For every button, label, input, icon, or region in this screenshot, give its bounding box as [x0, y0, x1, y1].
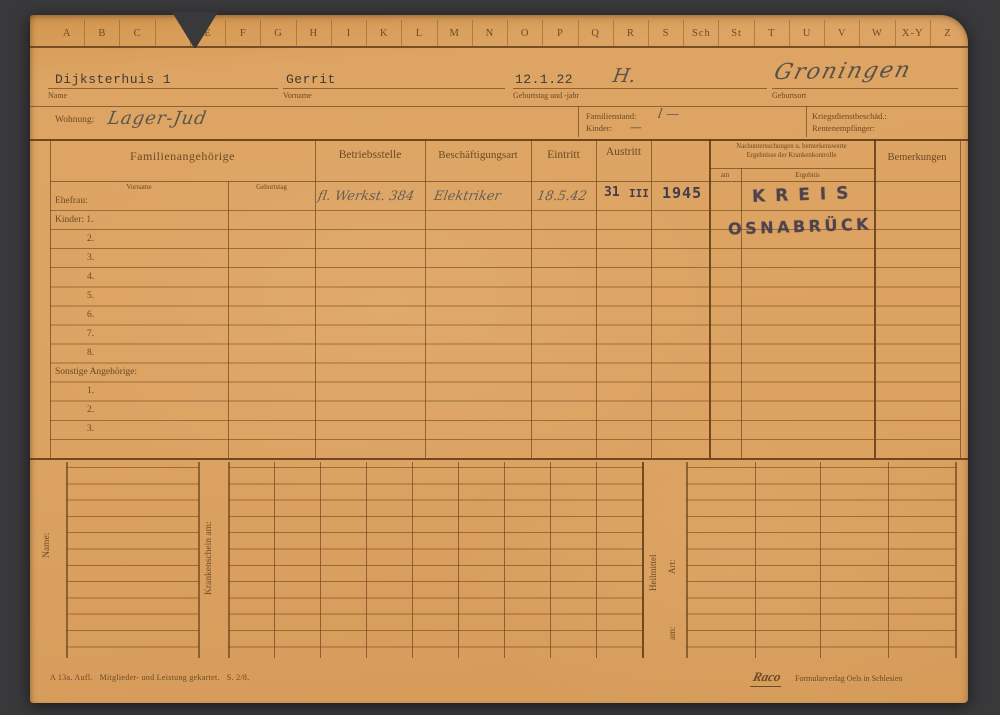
tab-letter: F	[240, 28, 247, 39]
tab-b: B	[85, 20, 120, 46]
tab-letter: W	[872, 28, 883, 39]
tab-v: V	[825, 20, 860, 46]
birthdate-value: 12.1.22	[515, 72, 573, 87]
publisher-name: Formularverlag Oels in Schlesien	[795, 674, 902, 683]
birthdate-label: Geburtstag und -jahr	[513, 91, 579, 100]
lower-name-row-rules	[66, 467, 199, 657]
row-label-sonstige-3: 3.	[87, 424, 94, 434]
tab-letter: A	[63, 28, 72, 39]
header-eintritt: Eintritt	[531, 149, 596, 161]
tab-g: G	[261, 20, 296, 46]
row-label-kinder-1: Kinder: 1.	[55, 215, 94, 225]
tab-r: R	[614, 20, 649, 46]
tab-q: Q	[579, 20, 614, 46]
kreis-stamp-line1: KREIS	[752, 183, 859, 207]
marital-box-left-rule	[578, 106, 579, 137]
checkups-subheader-rule	[709, 168, 874, 169]
name-value: Dijksterhuis 1	[55, 72, 171, 87]
tab-letter: B	[98, 28, 106, 39]
tab-letter: T	[768, 28, 775, 39]
tab-st: St	[719, 20, 754, 46]
austritt-month-stamp: III	[629, 187, 649, 200]
residence-row-top-rule	[30, 106, 968, 107]
row-label-sonstige: Sonstige Angehörige:	[55, 367, 137, 377]
tab-o: O	[508, 20, 543, 46]
table-right-border	[960, 139, 961, 458]
tab-letter: G	[274, 28, 283, 39]
firstname-underline	[283, 88, 505, 89]
tab-letter: U	[803, 28, 812, 39]
header-checkups-line2: Ergebnisse der Krankenkontrolle	[709, 152, 874, 159]
subheader-geburtstag: Geburtstag	[228, 183, 315, 191]
name-label: Name	[48, 91, 67, 100]
tab-letter: X-Y	[902, 28, 924, 39]
birthplace-value-handwriting: Groningen	[771, 58, 914, 85]
marital-label: Familienstand:	[586, 111, 637, 121]
tab-w: W	[860, 20, 895, 46]
tab-letter: K	[380, 28, 389, 39]
header-betriebsstelle: Betriebsstelle	[315, 149, 425, 161]
row-label-kind-6: 6.	[87, 310, 94, 320]
row-label-sonstige-2: 2.	[87, 405, 94, 415]
tab-l: L	[402, 20, 437, 46]
tab-t: T	[755, 20, 790, 46]
header-familienangehoerige: Familienangehörige	[50, 149, 315, 164]
tab-letter: St	[731, 28, 742, 39]
header-austritt: Austritt	[596, 146, 651, 158]
tab-k: K	[367, 20, 402, 46]
table-header-bottom-rule	[50, 181, 960, 182]
row-label-kind-4: 4.	[87, 272, 94, 282]
tab-letter: C	[134, 28, 142, 39]
tab-i: I	[332, 20, 367, 46]
tab-letter: M	[450, 28, 460, 39]
tab-h: H	[297, 20, 332, 46]
scan-background: A B C E F G H I K L M N O P Q R S Sch St…	[0, 0, 1000, 715]
row-label-kind-5: 5.	[87, 291, 94, 301]
tab-s: S	[649, 20, 684, 46]
tab-letter: I	[347, 28, 352, 39]
marital-value-handwriting: l —	[657, 107, 681, 122]
firstname-value: Gerrit	[286, 72, 336, 87]
row-label-kind-3: 3.	[87, 253, 94, 263]
row-label-kind-8: 8.	[87, 348, 94, 358]
table-top-rule	[30, 139, 968, 141]
tab-letter: R	[627, 28, 635, 39]
lower-midgrid-row-rules	[228, 467, 643, 657]
name-underline	[48, 88, 278, 89]
header-beschaeftigungsart: Beschäftigungsart	[425, 149, 531, 161]
war-disability-label: Kriegsdienstbeschäd.:	[812, 111, 887, 121]
tab-letter: N	[486, 28, 495, 39]
lower-rightgrid-row-rules	[686, 467, 956, 657]
row-label-kind-2: 2.	[87, 234, 94, 244]
pension-label: Rentenempfänger:	[812, 123, 875, 133]
entry-beschaeftigungsart-handwriting: Elektriker	[433, 189, 502, 204]
subheader-vorname: Vorname	[50, 183, 228, 191]
tab-letter: S	[663, 28, 670, 39]
tab-m: M	[438, 20, 473, 46]
austritt-year-stamp: 1945	[662, 184, 702, 202]
lower-krankenschein-label: Krankenschein am:	[204, 483, 214, 633]
austritt-day-stamp: 31	[604, 185, 620, 200]
lower-name-label: Name:	[42, 513, 52, 577]
tab-sch: Sch	[684, 20, 719, 46]
tab-c: C	[120, 20, 155, 46]
lower-am-label: am:	[667, 613, 677, 653]
birthdate-note-handwriting: H.	[611, 65, 637, 87]
children-label: Kinder:	[586, 123, 612, 133]
header-checkups-am: am	[709, 171, 741, 179]
firstname-label: Vorname	[283, 91, 312, 100]
tab-p: P	[543, 20, 578, 46]
row-label-sonstige-1: 1.	[87, 386, 94, 396]
publisher-brand-logo: Raco	[750, 669, 785, 687]
tab-letter: O	[521, 28, 530, 39]
lower-heilmittel-label: Heilmittel	[648, 527, 658, 619]
tab-letter: P	[557, 28, 564, 39]
birthplace-underline	[772, 88, 958, 89]
tab-u: U	[790, 20, 825, 46]
header-checkups-line1: Nachuntersuchungen u. bemerkenswerte	[709, 143, 874, 150]
residence-value-handwriting: Lager-Jud	[106, 108, 209, 129]
tab-letter: V	[838, 28, 847, 39]
children-value-handwriting: —	[629, 120, 643, 134]
lower-art-label: Art:	[667, 545, 677, 589]
residence-label: Wohnung:	[55, 115, 94, 125]
birthdate-underline	[513, 88, 767, 89]
tab-letter: Q	[591, 28, 600, 39]
index-card: A B C E F G H I K L M N O P Q R S Sch St…	[30, 15, 968, 703]
entry-betriebsstelle-handwriting: fl. Werkst. 384	[317, 189, 416, 204]
row-label-kind-7: 7.	[87, 329, 94, 339]
header-checkups-ergebnis: Ergebnis	[741, 171, 874, 179]
tab-n: N	[473, 20, 508, 46]
row-label-ehefrau: Ehefrau:	[55, 196, 88, 206]
entry-eintritt-handwriting: 18.5.42	[536, 189, 588, 204]
tab-xy: X-Y	[896, 20, 931, 46]
tab-a: A	[50, 20, 85, 46]
birthplace-label: Geburtsort	[772, 91, 806, 100]
tab-letter: Z	[944, 28, 951, 39]
header-bemerkungen: Bemerkungen	[874, 152, 960, 163]
tab-letter: H	[309, 28, 318, 39]
tab-letter: Sch	[692, 28, 711, 39]
form-code: A 13a. Aufl. Mitglieder- und Leistung ge…	[50, 673, 250, 682]
tab-z: Z	[931, 20, 965, 46]
table-row-rules	[50, 210, 960, 459]
tab-letter: L	[416, 28, 423, 39]
tab-row-baseline	[30, 46, 968, 48]
war-box-left-rule	[806, 106, 807, 137]
tab-f: F	[226, 20, 261, 46]
